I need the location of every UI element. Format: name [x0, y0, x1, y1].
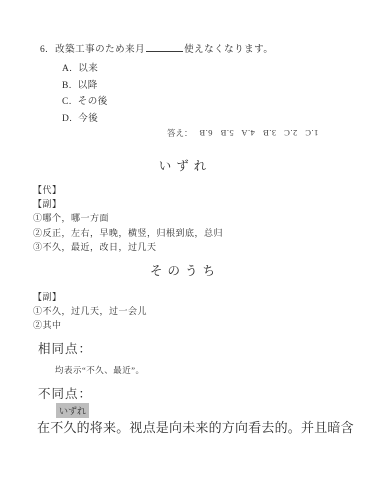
- option-text: その後: [78, 97, 108, 107]
- answer-key-values-upside-down: 1.C 2.C 3.B 4.A 5.B 6.B: [199, 128, 318, 138]
- option-label: A.: [62, 64, 72, 74]
- option-text: 今後: [78, 114, 98, 124]
- option-row-d: D.今後: [62, 110, 98, 124]
- question-number: 6.: [40, 45, 48, 55]
- option-text: 以降: [78, 81, 98, 91]
- option-label: D.: [62, 114, 72, 124]
- option-label: B.: [62, 81, 72, 91]
- highlighted-term-izure: いずれ: [56, 403, 89, 418]
- question-line: 6.改築工事のため来月使えなくなります。: [40, 41, 273, 55]
- sense-item: ③不久，最近，改日，过几天: [33, 240, 157, 253]
- sense-item: ②其中: [33, 318, 62, 331]
- answer-key: 答え：1.C 2.C 3.B 4.A 5.B 6.B: [167, 127, 318, 139]
- pos-tag: 【副】: [33, 290, 62, 303]
- question-text-before-blank: 改築工事のため来月: [55, 45, 145, 55]
- headword-sonouchi: そのうち: [0, 261, 370, 279]
- option-row-b: B.以降: [62, 77, 98, 91]
- question-text-after-blank: 使えなくなります。: [184, 45, 273, 55]
- headword-izure: いずれ: [0, 156, 370, 174]
- sense-item: ①不久，过几天，过一会儿: [33, 304, 147, 317]
- fill-in-blank: [146, 43, 183, 52]
- sense-item: ①哪个，哪一方面: [33, 211, 109, 224]
- option-text: 以来: [78, 64, 98, 74]
- diff-explanation: 在不久的将来。视点是向未来的方向看去的。并且暗含: [37, 417, 354, 436]
- pos-tag: 【代】: [33, 183, 62, 196]
- option-row-a: A.以来: [62, 60, 98, 74]
- pos-tag: 【副】: [33, 197, 62, 210]
- diff-points-heading: 不同点：: [38, 384, 92, 402]
- same-points-note: 均表示“不久、最近”。: [55, 364, 145, 376]
- sense-item: ②反正，左右，早晚，横竖，归根到底，总归: [33, 226, 223, 239]
- option-row-c: C.その後: [62, 93, 108, 107]
- same-points-heading: 相同点：: [38, 339, 92, 357]
- option-label: C.: [62, 97, 72, 107]
- answer-key-label: 答え：: [167, 128, 193, 138]
